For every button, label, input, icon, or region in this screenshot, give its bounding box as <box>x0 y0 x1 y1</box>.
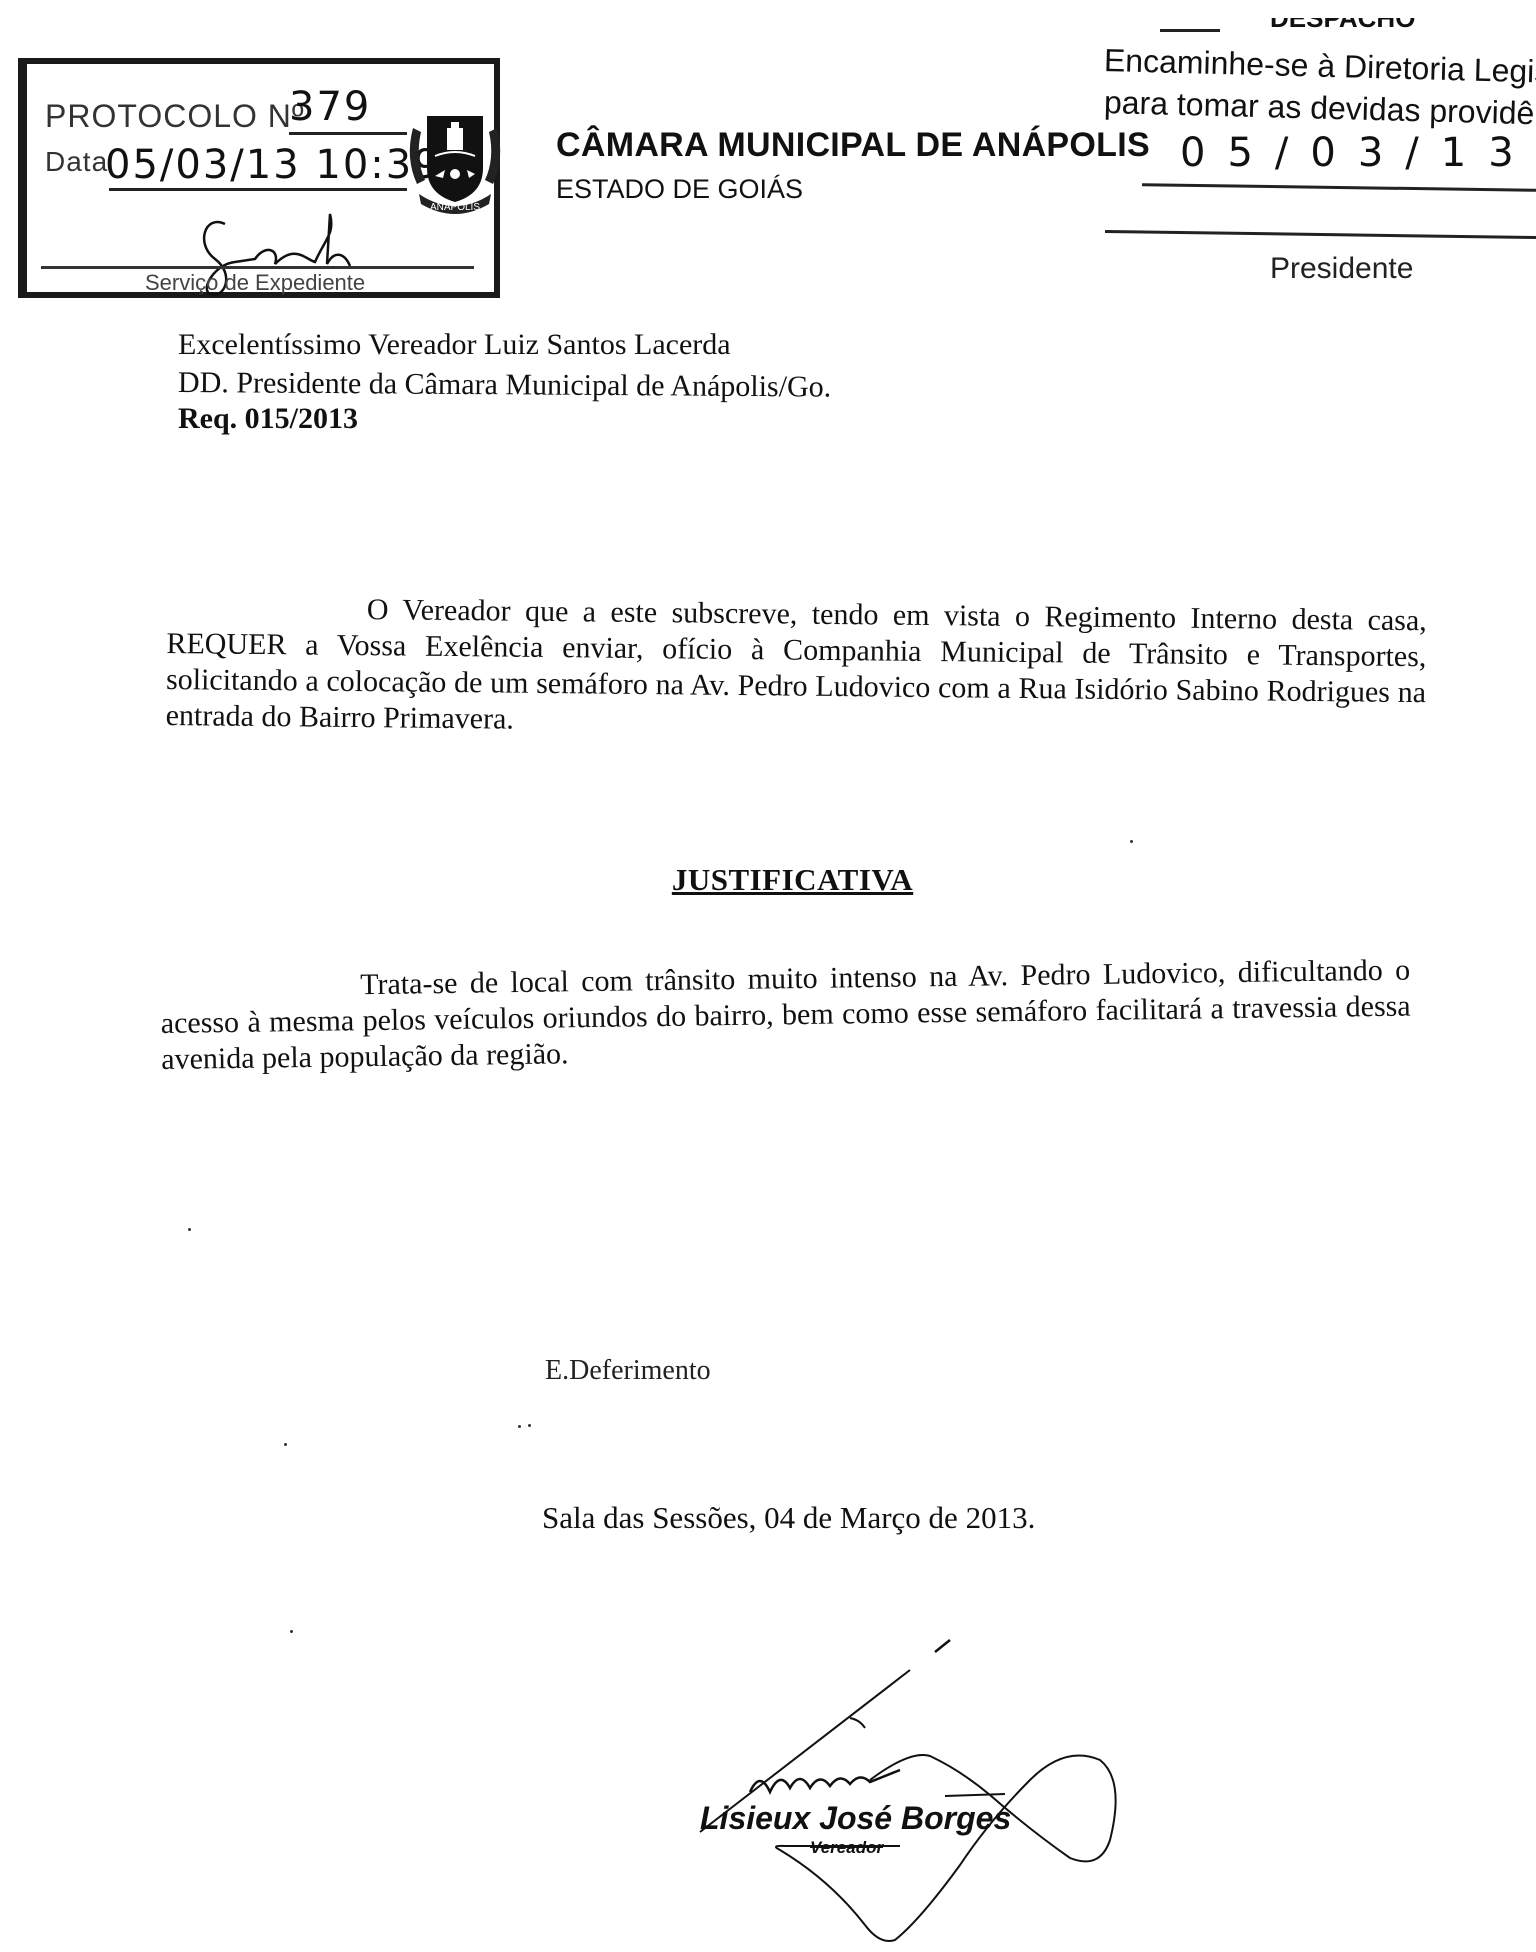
signatory-name: Lisieux José Borges <box>700 1800 1011 1837</box>
institution-name: CÂMARA MUNICIPAL DE ANÁPOLIS <box>556 126 1150 165</box>
protocol-number: 379 <box>289 84 371 130</box>
councilor-signature <box>660 1620 1220 1952</box>
department-label: Serviço de Expediente <box>145 270 365 296</box>
date-underline <box>109 188 407 191</box>
request-paragraph: O Vereador que a este subscreve, tendo e… <box>165 590 1426 747</box>
justification-heading: JUSTIFICATIVA <box>0 862 1536 898</box>
place-date: Sala das Sessões, 04 de Março de 2013. <box>542 1500 1035 1536</box>
dispatch-mark <box>1160 29 1220 32</box>
scan-speck <box>518 1425 521 1428</box>
scan-speck <box>528 1424 531 1427</box>
dispatch-title: DESPACHO <box>1270 18 1415 32</box>
dispatch-instruction-line2: para tomar as devidas providên <box>1104 84 1536 133</box>
institution-state: ESTADO DE GOIÁS <box>556 174 803 205</box>
dispatch-signature-line <box>1105 230 1536 239</box>
addressee-title: DD. Presidente da Câmara Municipal de An… <box>178 366 831 405</box>
scan-speck <box>1130 840 1133 843</box>
signature-line <box>41 266 474 269</box>
dispatch-date: 05/03/13 <box>1180 130 1536 176</box>
closing-formula: E.Deferimento <box>545 1355 711 1387</box>
dispatch-date-line <box>1142 183 1536 192</box>
scan-speck <box>284 1443 287 1446</box>
crest-caption: ANÁPOLIS <box>430 200 480 213</box>
dispatch-signatory-role: Presidente <box>1270 252 1413 286</box>
municipal-crest-icon: ANÁPOLIS <box>405 98 505 224</box>
scan-speck <box>188 1228 191 1231</box>
addressee-name: Excelentíssimo Vereador Luiz Santos Lace… <box>178 328 731 362</box>
justification-paragraph: Trata-se de local com trânsito muito int… <box>160 953 1411 1078</box>
signatory-role: Vereador <box>810 1838 883 1858</box>
date-label: Data <box>45 146 108 178</box>
protocol-label: PROTOCOLO Nº <box>45 98 305 135</box>
scan-speck <box>290 1630 293 1633</box>
request-reference: Req. 015/2013 <box>178 402 358 436</box>
protocol-date: 05/03/13 10:39 <box>105 142 441 188</box>
dispatch-instruction-line1: Encaminhe-se à Diretoria Legis <box>1104 42 1536 91</box>
protocol-underline <box>289 132 407 135</box>
